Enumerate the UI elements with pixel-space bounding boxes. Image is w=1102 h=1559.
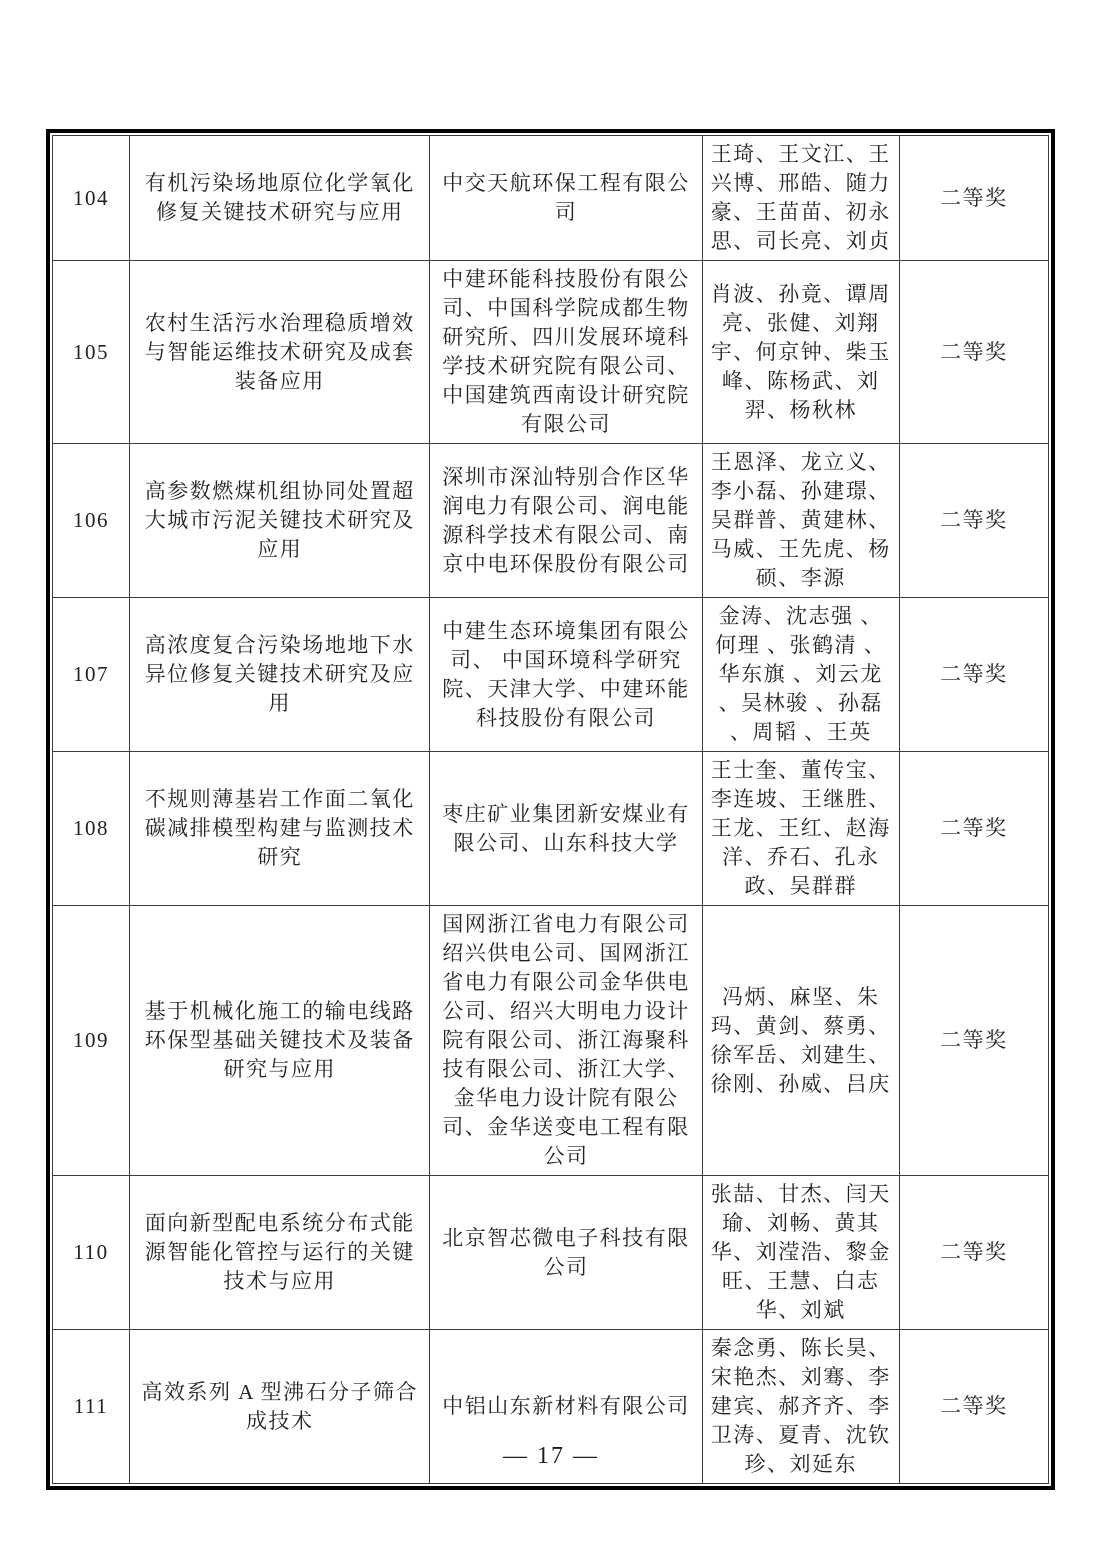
project-title-cell: 不规则薄基岩工作面二氧化碳减排模型构建与监测技术研究 — [130, 752, 430, 906]
organizations-cell: 国网浙江省电力有限公司绍兴供电公司、国网浙江省电力有限公司金华供电公司、绍兴大明… — [430, 906, 702, 1176]
table-row: 110 面向新型配电系统分布式能源智能化管控与运行的关键技术与应用 北京智芯微电… — [53, 1176, 1049, 1330]
project-title-cell: 基于机械化施工的输电线路环保型基础关键技术及装备研究与应用 — [130, 906, 430, 1176]
table-row: 105 农村生活污水治理稳质增效与智能运维技术研究及成套装备应用 中建环能科技股… — [53, 261, 1049, 444]
project-title-cell: 高浓度复合污染场地地下水异位修复关键技术研究及应用 — [130, 598, 430, 752]
organizations-cell: 枣庄矿业集团新安煤业有限公司、山东科技大学 — [430, 752, 702, 906]
organizations-cell: 中交天航环保工程有限公司 — [430, 136, 702, 261]
organizations-cell: 北京智芯微电子科技有限公司 — [430, 1176, 702, 1330]
awardees-cell: 王士奎、董传宝、李连坡、王继胜、王龙、王红、赵海洋、乔石、孔永政、吴群群 — [702, 752, 899, 906]
awardees-cell: 冯炳、麻坚、朱玛、黄剑、蔡勇、徐军岳、刘建生、徐刚、孙威、吕庆 — [702, 906, 899, 1176]
row-number-cell: 110 — [53, 1176, 130, 1330]
table-row: 104 有机污染场地原位化学氧化修复关键技术研究与应用 中交天航环保工程有限公司… — [53, 136, 1049, 261]
row-number-cell: 107 — [53, 598, 130, 752]
awards-table: 104 有机污染场地原位化学氧化修复关键技术研究与应用 中交天航环保工程有限公司… — [52, 135, 1049, 1484]
awardees-cell: 王琦、王文江、王兴博、邢皓、随力豪、王苗苗、初永思、司长亮、刘贞 — [702, 136, 899, 261]
award-level-cell: 二等奖 — [899, 752, 1048, 906]
award-level-cell: 二等奖 — [899, 598, 1048, 752]
awards-table-body: 104 有机污染场地原位化学氧化修复关键技术研究与应用 中交天航环保工程有限公司… — [53, 136, 1049, 1484]
awards-table-frame: 104 有机污染场地原位化学氧化修复关键技术研究与应用 中交天航环保工程有限公司… — [46, 129, 1055, 1490]
page-number: — 17 — — [503, 1443, 599, 1469]
project-title-cell: 高参数燃煤机组协同处置超大城市污泥关键技术研究及应用 — [130, 444, 430, 598]
organizations-cell: 深圳市深汕特别合作区华润电力有限公司、润电能源科学技术有限公司、南京中电环保股份… — [430, 444, 702, 598]
table-row: 107 高浓度复合污染场地地下水异位修复关键技术研究及应用 中建生态环境集团有限… — [53, 598, 1049, 752]
table-row: 106 高参数燃煤机组协同处置超大城市污泥关键技术研究及应用 深圳市深汕特别合作… — [53, 444, 1049, 598]
table-row: 108 不规则薄基岩工作面二氧化碳减排模型构建与监测技术研究 枣庄矿业集团新安煤… — [53, 752, 1049, 906]
project-title-cell: 农村生活污水治理稳质增效与智能运维技术研究及成套装备应用 — [130, 261, 430, 444]
award-level-cell: 二等奖 — [899, 261, 1048, 444]
row-number-cell: 109 — [53, 906, 130, 1176]
organizations-cell: 中建环能科技股份有限公司、中国科学院成都生物研究所、四川发展环境科学技术研究院有… — [430, 261, 702, 444]
award-level-cell: 二等奖 — [899, 906, 1048, 1176]
award-level-cell: 二等奖 — [899, 1176, 1048, 1330]
awardees-cell: 肖波、孙竟、谭周亮、张健、刘翔宇、何京钟、柴玉峰、陈杨武、刘羿、杨秋林 — [702, 261, 899, 444]
project-title-cell: 有机污染场地原位化学氧化修复关键技术研究与应用 — [130, 136, 430, 261]
award-level-cell: 二等奖 — [899, 444, 1048, 598]
row-number-cell: 108 — [53, 752, 130, 906]
awardees-cell: 金涛、沈志强 、何理 、张鹤清 、华东旗 、刘云龙 、吴林骏 、孙磊 、周韬 、… — [702, 598, 899, 752]
awardees-cell: 王恩泽、龙立义、李小磊、孙建璟、吴群普、黄建林、马威、王先虎、杨硕、李源 — [702, 444, 899, 598]
award-level-cell: 二等奖 — [899, 136, 1048, 261]
organizations-cell: 中建生态环境集团有限公司、 中国环境科学研究院、天津大学、中建环能科技股份有限公… — [430, 598, 702, 752]
table-row: 109 基于机械化施工的输电线路环保型基础关键技术及装备研究与应用 国网浙江省电… — [53, 906, 1049, 1176]
row-number-cell: 106 — [53, 444, 130, 598]
row-number-cell: 105 — [53, 261, 130, 444]
row-number-cell: 104 — [53, 136, 130, 261]
awardees-cell: 张喆、甘杰、闫天瑜、刘畅、黄其华、刘滢浩、黎金旺、王慧、白志华、刘斌 — [702, 1176, 899, 1330]
project-title-cell: 面向新型配电系统分布式能源智能化管控与运行的关键技术与应用 — [130, 1176, 430, 1330]
page-footer: — 17 — — [0, 1443, 1102, 1470]
